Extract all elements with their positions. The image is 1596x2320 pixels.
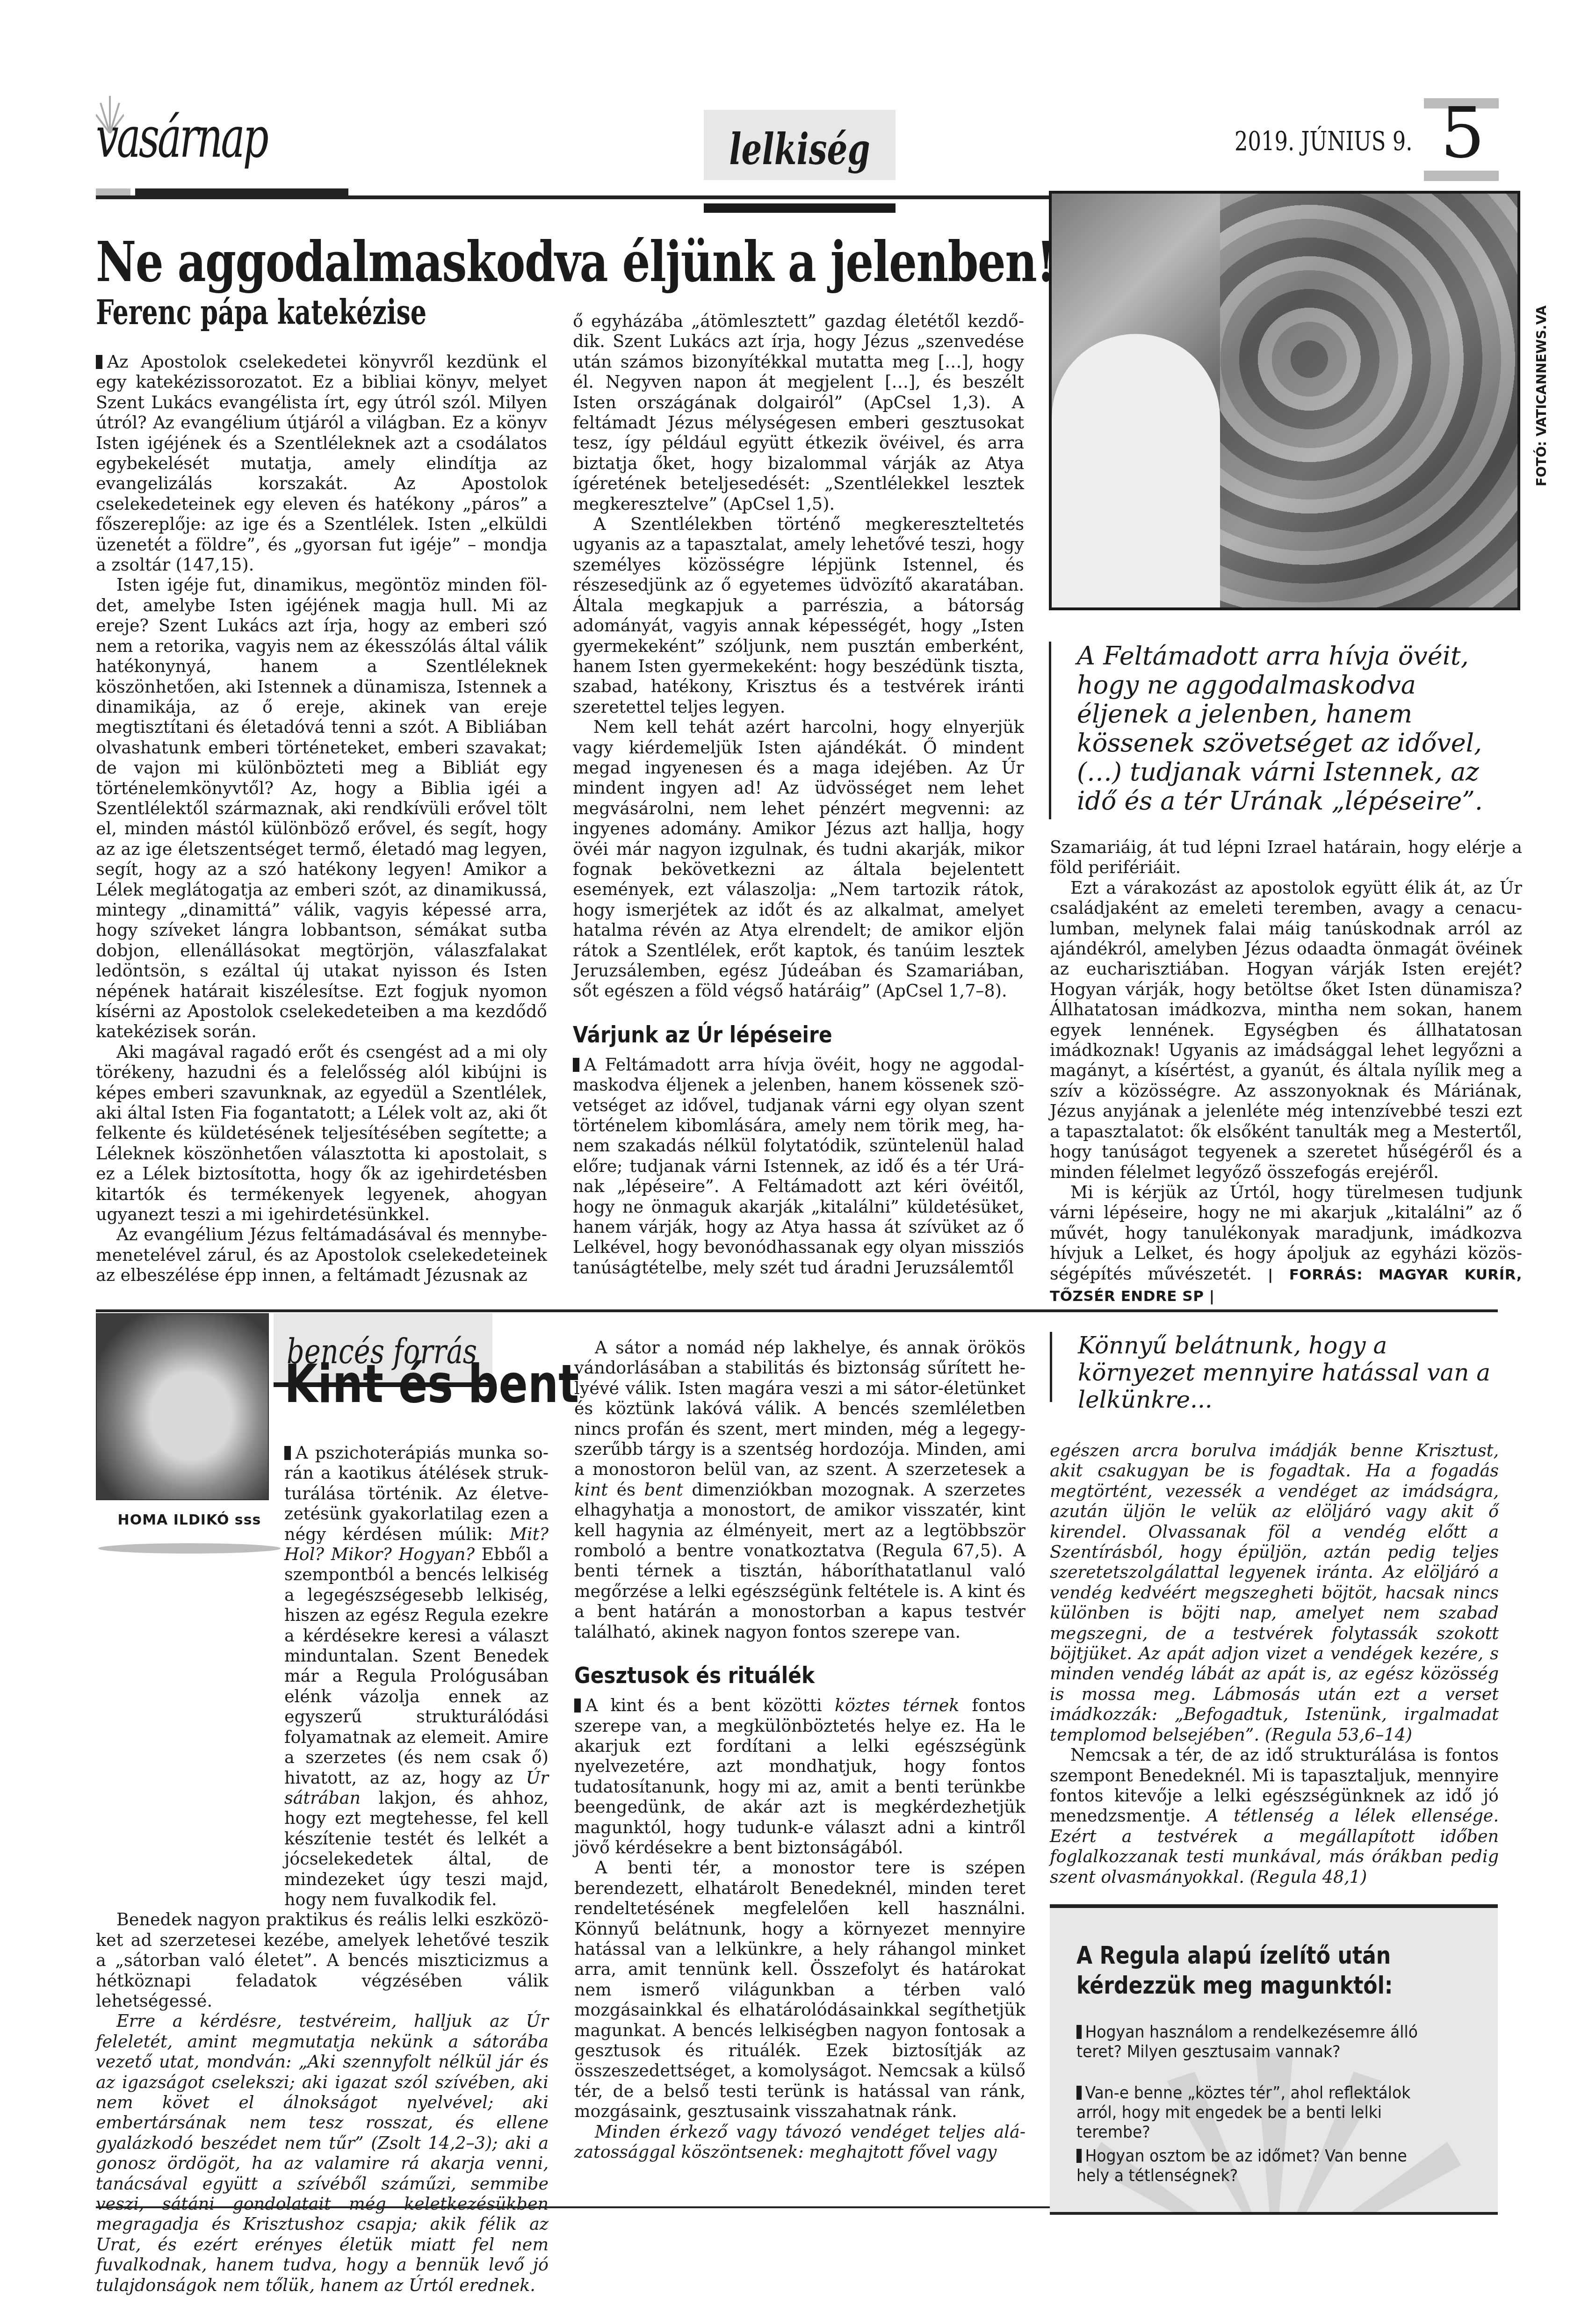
paragraph: Nem kell tehát azért harcolni, hogy elny… [573,717,1024,1001]
section-label: lelkiség [728,124,872,174]
bullet-icon [1076,2149,1082,2163]
paragraph-marker-icon [574,1698,581,1713]
paragraph: A Feltámadott arra hívja övéit, hogy ne … [573,1055,1024,1278]
article2-column-1: A pszichoterápiás munka so­rán a kaotiku… [96,1443,549,2295]
paragraph: Benedek nagyon praktikus és reális lelki… [96,1909,549,2011]
logo-text: vasárnap [96,110,267,166]
paragraph: Szamariáig, át tud lépni Izrael határain… [1050,837,1522,878]
paragraph: Az evangélium Jézus feltámadásával és me… [96,1224,547,1285]
page-number: 5 [1440,98,1485,168]
section-tab: lelkiség [704,110,895,180]
question-item: Hogyan osztom be az időmet? Van benne he… [1076,2147,1425,2186]
box-title: A Regula alapú ízelítő után kérdezzük me… [1076,1941,1474,2001]
headline: Ne aggodalmaskodva éljünk a jelenben! [96,229,1055,294]
section-heading: Gesztusok és rituálék [574,1663,971,1688]
paragraph: Isten igéje fut, dinamikus, megöntöz min… [96,575,547,1041]
paragraph: ő egyházába „átömlesztett” gazdag életét… [573,311,1024,514]
paragraph: A sátor a nomád nép lakhelye, és annak ö… [574,1337,1025,1642]
paragraph: egészen arcra borulva imádják benne Kris… [1050,1440,1499,1745]
subheadline: Ferenc pápa katekézise [96,292,426,332]
paragraph: Aki magával ragadó erőt és csengést ad a… [96,1042,547,1225]
paragraph: A kint és a bent közötti köztes térnek f… [574,1695,1025,1857]
article2-column-3: egészen arcra borulva imádják benne Kris… [1050,1440,1499,1887]
photo-crowd [1220,194,1517,607]
paragraph: Mi is kérjük az Úrtól, hogy türelmesen t… [1050,1182,1522,1307]
article-title: Kint és bent [284,1354,579,1415]
paragraph-marker-icon [573,1058,579,1072]
article2-column-2: A sátor a nomád nép lakhelye, és annak ö… [574,1337,1025,2162]
issue-date: 2019. JÚNIUS 9. [1235,126,1413,157]
section-underbar [704,203,895,213]
bullet-icon [1076,2025,1082,2039]
masthead-logo: vasárnap [96,96,348,166]
paragraph: A Szentlélekben történő megkeresztelte­t… [573,514,1024,717]
pull-quote: A Feltámadott arra hívja övéit, hogy ne … [1049,642,1498,819]
article1-column-3: Szamariáig, át tud lépni Izrael határain… [1050,837,1522,1307]
article-photo [1049,191,1520,610]
regula-questions-box: A Regula alapú ízelítő után kérdezzük me… [1050,1904,1498,2215]
paragraph: Minden érkező vagy távozó vendéget telje… [574,2122,1025,2162]
page-number-bar-bottom [1424,171,1499,181]
paragraph: Nemcsak a tér, de az idő strukturálása i… [1050,1745,1499,1887]
pull-quote-text: A Feltámadott arra hívja övéit, hogy ne … [1077,642,1498,816]
paragraph-marker-icon [96,355,102,369]
article1-column-1: Az Apostolok cselekedetei könyvről kezdü… [96,352,547,1286]
question-item: Hogyan használom a rendelkezésemre álló … [1076,2023,1425,2062]
photo-pope [1052,334,1220,610]
paragraph: A benti tér, a monostor tere is szépen b… [574,1857,1025,2121]
paragraph-marker-icon [284,1446,291,1460]
paragraph: Ezt a várakozást az apostolok együtt éli… [1050,878,1522,1182]
paragraph: Az Apostolok cselekedetei könyvről kezdü… [96,352,547,575]
paragraph: A pszichoterápiás munka so­rán a kaotiku… [96,1443,549,1909]
pull-quote: Könnyű belátnunk, hogy a környezet menny… [1050,1332,1499,1402]
pull-quote-text: Könnyű belátnunk, hogy a környezet menny… [1078,1332,1499,1413]
paragraph: Erre a kérdésre, testvéreim, halljuk az … [96,2011,549,2295]
bottom-rule [96,2206,1050,2208]
question-item: Van-e benne „köztes tér”, ahol reflektál… [1076,2083,1425,2142]
photo-credit: FOTÓ: VATICANNEWS.VA [1534,305,1549,486]
article1-column-2: ő egyházába „átömlesztett” gazdag életét… [573,311,1024,1278]
section-heading: Várjunk az Úr lépéseire [573,1023,970,1047]
section-divider [96,1309,1498,1312]
bullet-icon [1076,2086,1082,2100]
